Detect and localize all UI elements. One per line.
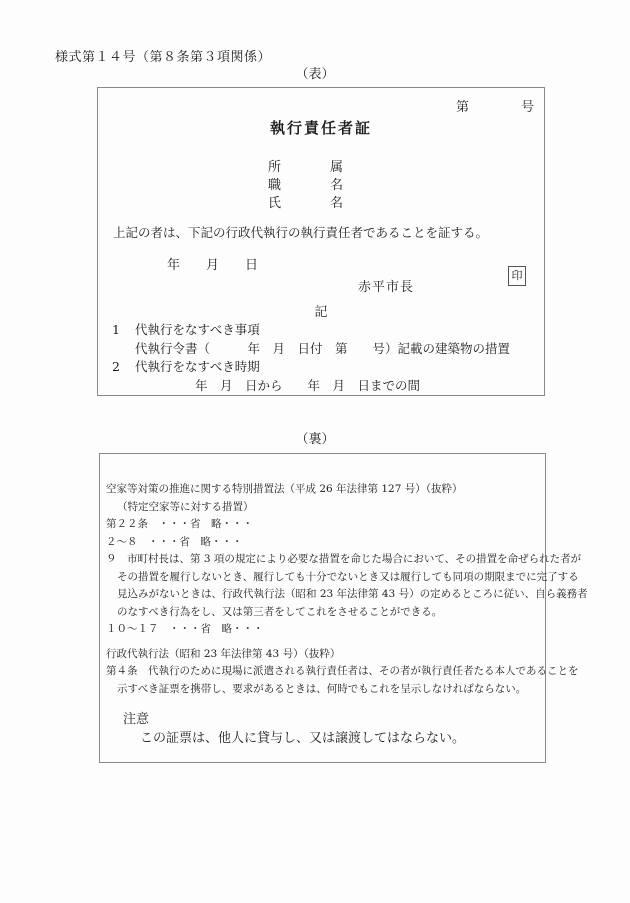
document-page: 様式第１４号（第８条第３項関係） （表） 第号 執行責任者証 所属 職名 氏名 … [0, 0, 630, 903]
name-label-right: 名 [330, 195, 343, 213]
ki-heading: 記 [98, 304, 544, 321]
front-side-label: （表） [0, 63, 630, 82]
item2-detail-row: 年 月 日から 年 月 日までの間 [112, 377, 544, 396]
identity-fields: 所属 職名 氏名 [268, 159, 544, 213]
issue-date-line: 年 月 日 [167, 257, 544, 274]
law1-paragraph9-line1: ９ 市町村長は、第 3 項の規定により必要な措置を命じた場合において、その措置を… [106, 551, 537, 569]
law1-paragraph9-line2: その措置を履行しないとき、履行しても十分でないとき又は履行しても同項の期限までに… [106, 569, 537, 587]
caution-heading: 注意 [106, 711, 537, 729]
item1-number: 1 [112, 321, 135, 340]
law1-subtitle: （特定空家等に対する措置） [106, 499, 537, 517]
affiliation-label-right: 属 [330, 159, 343, 177]
job-title-label-left: 職 [268, 177, 281, 195]
law1-paragraphs-2to8: ２～８ ・・・省 略・・・ [106, 534, 537, 552]
law1-paragraph9-line3: 見込みがないときは、行政代執行法（昭和 23 年法律第 43 号）の定めるところ… [106, 586, 537, 604]
affiliation-field: 所属 [268, 159, 544, 177]
name-field: 氏名 [268, 195, 544, 213]
item2-title: 代執行をなすべき時期 [135, 359, 260, 374]
item2-title-row: 2代執行をなすべき時期 [112, 358, 544, 377]
law2-article4-line1: 第４条 代執行のために現場に派遣される執行責任者は、その者が執行責任者たる本人で… [106, 663, 537, 681]
item2-number: 2 [112, 358, 135, 377]
law1-article22: 第２２条 ・・・省 略・・・ [106, 516, 537, 534]
certificate-title: 執行責任者証 [98, 118, 544, 138]
name-label-left: 氏 [268, 195, 281, 213]
law1-paragraphs-10to17: １０～１７ ・・・省 略・・・ [106, 621, 537, 639]
item1-detail-row: 代執行令書（ 年 月 日付 第 号）記載の建築物の措置 [112, 340, 544, 359]
law2-article4-line2: 示すべき証票を携帯し、要求があるときは、何時でもこれを呈示しなければならない。 [106, 681, 537, 699]
certification-statement: 上記の者は、下記の行政代執行の執行責任者であることを証する。 [113, 224, 544, 241]
affiliation-label-left: 所 [268, 159, 281, 177]
execution-items: 1代執行をなすべき事項 代執行令書（ 年 月 日付 第 号）記載の建築物の措置 … [112, 321, 544, 395]
item1-title-row: 1代執行をなすべき事項 [112, 321, 544, 340]
certificate-number-prefix: 第 [456, 100, 469, 115]
certificate-number-line: 第号 [98, 100, 544, 116]
certificate-number-suffix: 号 [521, 100, 534, 115]
certificate-back-box: 空家等対策の推進に関する特別措置法（平成 26 年法律第 127 号）（抜粋） … [99, 453, 546, 763]
law1-title: 空家等対策の推進に関する特別措置法（平成 26 年法律第 127 号）（抜粋） [106, 481, 537, 499]
law1-paragraph9-line4: のなすべき行為をし、又は第三者をしてこれをさせることができる。 [106, 604, 537, 622]
seal-mark: 印 [508, 266, 526, 286]
caution-text: この証票は、他人に貸与し、又は譲渡してはならない。 [106, 729, 537, 748]
certificate-front-box: 第号 執行責任者証 所属 職名 氏名 上記の者は、下記の行政代執行の執行責任者で… [97, 87, 545, 396]
job-title-label-right: 名 [330, 177, 343, 195]
back-side-label: （裏） [0, 428, 630, 447]
job-title-field: 職名 [268, 177, 544, 195]
item1-title: 代執行をなすべき事項 [135, 322, 260, 337]
law2-title: 行政代執行法（昭和 23 年法律第 43 号）（抜粋） [106, 646, 537, 664]
